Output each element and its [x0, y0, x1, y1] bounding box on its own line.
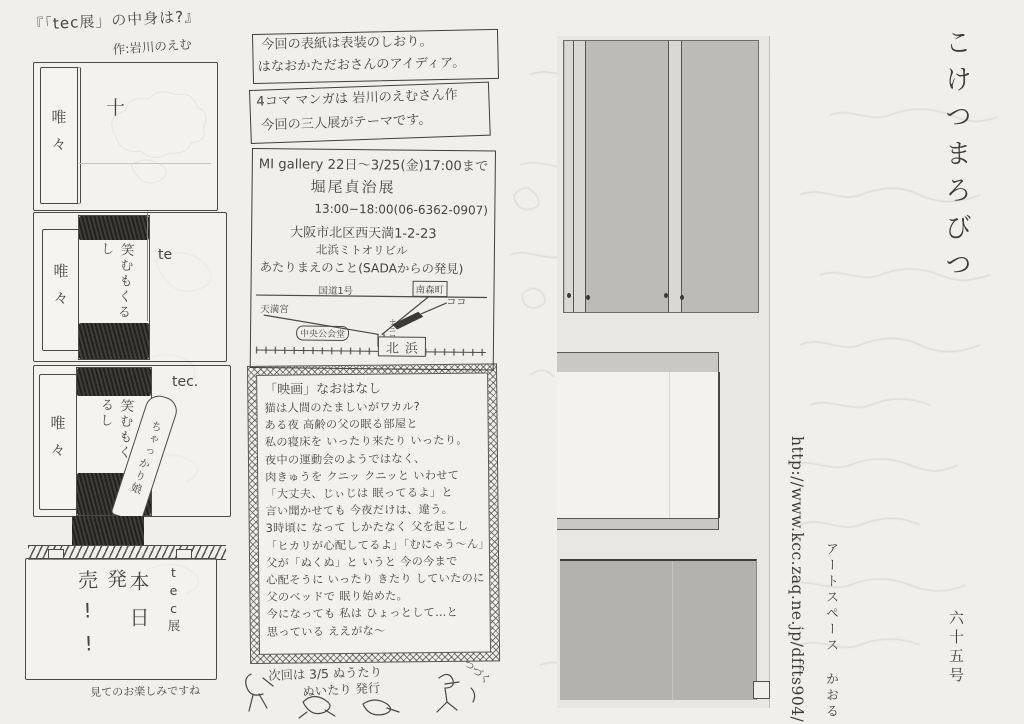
map-label-route1: 国道1号: [318, 283, 353, 297]
panel3-side-label: 唯々: [39, 374, 77, 510]
masthead-url: http://www.kcc.zaq.ne.jp/dffts904/: [788, 436, 806, 722]
panel2-spine-title: 笑むもくるし: [77, 240, 151, 323]
comic-panel-1: 唯々 十: [33, 62, 218, 211]
gallery-address2: 北浜ミトオリビル: [316, 242, 408, 259]
panel4-sign-tecten: tec展: [164, 565, 182, 635]
print-corner-notch: [753, 681, 770, 699]
comic-panel-3: 唯々 笑むもくるし tec. ちゃっかり娘: [33, 365, 231, 517]
masthead-issue-number: 六十五号: [946, 610, 967, 686]
print-frame-white-panel: [557, 372, 720, 518]
panel3-corner-label: tec.: [172, 374, 198, 390]
print-bottom-block: [560, 559, 757, 700]
print-fold-line: [672, 561, 673, 700]
comic-caption: 見てのお楽しみですね: [90, 682, 200, 700]
print-dot: [586, 295, 590, 300]
print-frame-fold-line: [669, 372, 670, 518]
panel2-side-label: 唯々: [42, 229, 80, 351]
panel2-book-spine: 笑むもくるし: [78, 215, 150, 360]
map-label-minamimorimachi: 南森町: [412, 281, 447, 297]
print-dot: [664, 293, 668, 298]
print-dot: [567, 293, 571, 298]
panel4-sign-honjitsu: 本日: [124, 571, 153, 643]
panel1-plus-sign: 十: [106, 93, 125, 120]
gallery-address1: 大阪市北区西天満1-2-23: [290, 221, 437, 242]
masthead-publisher: アートスペース かおる: [821, 542, 840, 720]
spine-dark-band-bottom: [79, 323, 149, 359]
access-map: 国道1号 南森町 ココ 天満宮 中央公会堂 ナニワ橋 北浜: [254, 279, 489, 365]
story-line: 父のベッドで 眠り始めた。: [266, 587, 482, 606]
story-line: 「ヒカリが心配してるよ」「むにゃう〜ん」: [266, 535, 482, 554]
gallery-subtitle: あたりまえのこと(SADAからの発見): [260, 257, 464, 277]
pencil-line: [79, 163, 211, 164]
story-line: 心配そうに いったり きたり していたのに: [266, 570, 482, 589]
gallery-title-line: MI gallery 22日〜3/25(金)17:00まで: [259, 153, 489, 174]
panel2-corner-label: te: [158, 247, 172, 263]
gallery-artist: 堀尾貞治展: [310, 176, 395, 198]
story-title: 「映画」なおはなし: [264, 379, 480, 400]
gallery-hours: 13:00−18:00(06-6362-0907): [314, 202, 488, 218]
access-map-lines: [254, 279, 489, 365]
gallery-info-box: MI gallery 22日〜3/25(金)17:00まで 堀尾貞治展 13:0…: [250, 148, 496, 371]
print-stripe-left: [565, 41, 586, 312]
pencil-line: [147, 213, 148, 321]
story-line: 私の寝床を いったり来たり いったり。: [265, 432, 481, 451]
comic-panel-2: 唯々 笑むもくるし te: [33, 212, 227, 362]
print-stripe-divider: [573, 41, 574, 312]
doodle-figures: [243, 668, 493, 720]
map-label-tenmangu: 天満宮: [260, 301, 289, 315]
print-frame-band-top: [557, 352, 719, 374]
story-box-inner: 「映画」なおはなし 猫は人間のたましいがワカル? ある夜 高齢の父の眠る部屋と …: [256, 372, 491, 654]
story-line: 3時頃に なって しかたなく 父を起こし: [266, 518, 482, 537]
comic-title: 『「tec展」の中身は?』: [28, 5, 201, 35]
story-line: 思っている ええがな〜: [267, 621, 483, 640]
print-frame-band-bottom: [557, 518, 719, 530]
note-cover: 今回の表紙は表装のしおり。 はなおかただおさんのアイディア。: [252, 29, 499, 84]
print-stripe-middle: [668, 41, 682, 312]
masthead-title: こけつまろびつ: [936, 28, 975, 287]
shelf-dark-block: [72, 516, 144, 546]
print-dot: [680, 295, 684, 300]
map-label-koko: ココ: [446, 293, 466, 308]
panel1-side-label: 唯々: [40, 67, 81, 204]
story-line: 今になっても 私は ひょっとして…と: [267, 604, 483, 623]
spine-dark-band-top: [77, 368, 151, 396]
story-box: 「映画」なおはなし 猫は人間のたましいがワカル? ある夜 高齢の父の眠る部屋と …: [247, 363, 500, 664]
zine-page: 『「tec展」の中身は?』 作:岩川のえむ 唯々 十 唯々 笑むもくるし te …: [0, 0, 1024, 724]
note-manga: 4コマ マンガは 岩川のえむさん作 今回の三人展がテーマです。: [249, 82, 491, 144]
map-station-kitahama: 北浜: [378, 336, 426, 357]
note-cover-line2: はなおかただおさんのアイディア。: [253, 52, 497, 79]
map-label-kokaido: 中央公会堂: [296, 325, 349, 341]
spine-dark-band-top: [79, 216, 149, 240]
comic-credit: 作:岩川のえむ: [112, 34, 192, 57]
print-top-block: [563, 40, 759, 313]
comic-panel-4: 発売!! 本日 tec展: [25, 558, 217, 680]
